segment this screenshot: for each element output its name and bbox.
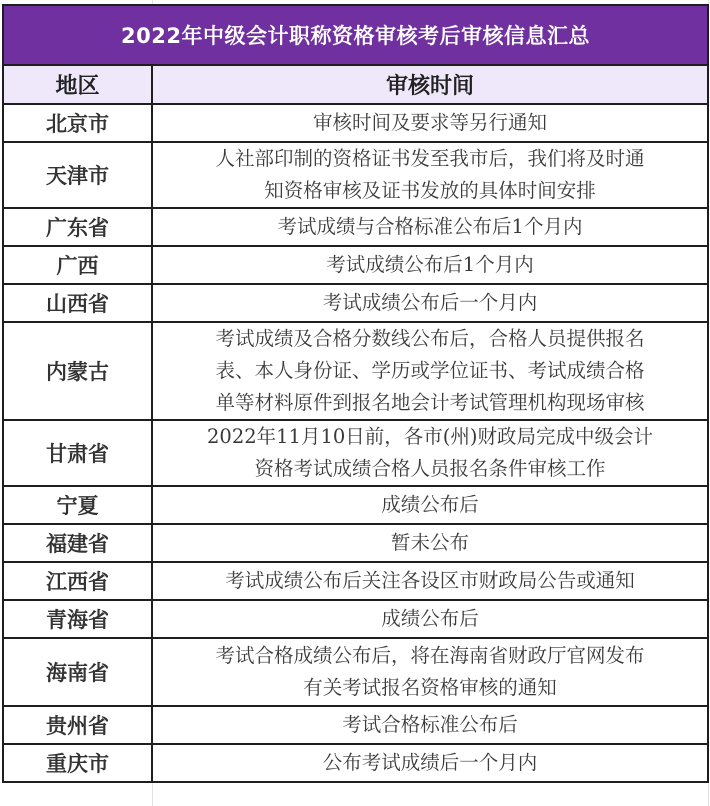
- audit-time-line: 考试成绩与合格标准公布后1个月内: [153, 211, 707, 243]
- audit-time-line: 考试成绩及合格分数线公布后，合格人员提供报名: [153, 323, 707, 355]
- audit-time-cell: 人社部印制的资格证书发至我市后，我们将及时通知资格审核及证书发放的具体时间安排: [152, 142, 708, 208]
- table-row: 青海省成绩公布后: [3, 600, 708, 638]
- table-row: 广西考试成绩公布后1个月内: [3, 246, 708, 284]
- audit-time-line: 考试合格标准公布后: [153, 709, 707, 741]
- table-body: 北京市审核时间及要求等另行通知天津市人社部印制的资格证书发至我市后，我们将及时通…: [3, 104, 708, 782]
- table-title: 2022年中级会计职称资格审核考后审核信息汇总: [3, 5, 708, 65]
- audit-time-line: 考试成绩公布后1个月内: [153, 249, 707, 281]
- region-cell: 江西省: [3, 562, 152, 600]
- audit-info-table: 2022年中级会计职称资格审核考后审核信息汇总 地区 审核时间 北京市审核时间及…: [2, 4, 709, 783]
- region-cell: 广东省: [3, 208, 152, 246]
- audit-time-cell: 考试成绩及合格分数线公布后，合格人员提供报名表、本人身份证、学历或学位证书、考试…: [152, 322, 708, 420]
- audit-time-line: 暂未公布: [153, 527, 707, 559]
- table-row: 甘肃省2022年11月10日前，各市(州)财政局完成中级会计资格考试成绩合格人员…: [3, 420, 708, 486]
- audit-time-line: 资格考试成绩合格人员报名条件审核工作: [153, 453, 707, 485]
- region-cell: 天津市: [3, 142, 152, 208]
- region-cell: 福建省: [3, 524, 152, 562]
- audit-time-line: 有关考试报名资格审核的通知: [153, 672, 707, 704]
- audit-time-cell: 公布考试成绩后一个月内: [152, 744, 708, 782]
- audit-time-line: 考试成绩公布后一个月内: [153, 287, 707, 319]
- audit-time-cell: 成绩公布后: [152, 486, 708, 524]
- table-row: 福建省暂未公布: [3, 524, 708, 562]
- audit-time-line: 公布考试成绩后一个月内: [153, 747, 707, 779]
- region-cell: 重庆市: [3, 744, 152, 782]
- audit-time-line: 人社部印制的资格证书发至我市后，我们将及时通: [153, 143, 707, 175]
- audit-time-line: 2022年11月10日前，各市(州)财政局完成中级会计: [153, 421, 707, 453]
- audit-time-line: 知资格审核及证书发放的具体时间安排: [153, 175, 707, 207]
- region-cell: 内蒙古: [3, 322, 152, 420]
- table-row: 重庆市公布考试成绩后一个月内: [3, 744, 708, 782]
- table-row: 广东省考试成绩与合格标准公布后1个月内: [3, 208, 708, 246]
- audit-time-line: 成绩公布后: [153, 489, 707, 521]
- table-row: 北京市审核时间及要求等另行通知: [3, 104, 708, 142]
- audit-time-cell: 考试成绩公布后1个月内: [152, 246, 708, 284]
- audit-time-line: 审核时间及要求等另行通知: [153, 107, 707, 139]
- table-row: 内蒙古考试成绩及合格分数线公布后，合格人员提供报名表、本人身份证、学历或学位证书…: [3, 322, 708, 420]
- region-cell: 甘肃省: [3, 420, 152, 486]
- audit-time-line: 考试成绩公布后关注各设区市财政局公告或通知: [153, 565, 707, 597]
- table-row: 江西省考试成绩公布后关注各设区市财政局公告或通知: [3, 562, 708, 600]
- region-cell: 广西: [3, 246, 152, 284]
- table-row: 海南省考试合格成绩公布后，将在海南省财政厅官网发布有关考试报名资格审核的通知: [3, 638, 708, 706]
- region-cell: 贵州省: [3, 706, 152, 744]
- table-row: 天津市人社部印制的资格证书发至我市后，我们将及时通知资格审核及证书发放的具体时间…: [3, 142, 708, 208]
- audit-time-cell: 暂未公布: [152, 524, 708, 562]
- column-header-region: 地区: [3, 65, 152, 104]
- audit-time-cell: 考试合格成绩公布后，将在海南省财政厅官网发布有关考试报名资格审核的通知: [152, 638, 708, 706]
- table-row: 贵州省考试合格标准公布后: [3, 706, 708, 744]
- audit-time-cell: 审核时间及要求等另行通知: [152, 104, 708, 142]
- audit-time-cell: 2022年11月10日前，各市(州)财政局完成中级会计资格考试成绩合格人员报名条…: [152, 420, 708, 486]
- audit-time-cell: 考试成绩公布后关注各设区市财政局公告或通知: [152, 562, 708, 600]
- audit-time-cell: 考试合格标准公布后: [152, 706, 708, 744]
- audit-time-line: 表、本人身份证、学历或学位证书、考试成绩合格: [153, 355, 707, 387]
- region-cell: 山西省: [3, 284, 152, 322]
- audit-time-cell: 成绩公布后: [152, 600, 708, 638]
- audit-time-line: 成绩公布后: [153, 603, 707, 635]
- audit-time-cell: 考试成绩与合格标准公布后1个月内: [152, 208, 708, 246]
- region-cell: 海南省: [3, 638, 152, 706]
- region-cell: 北京市: [3, 104, 152, 142]
- audit-time-line: 单等材料原件到报名地会计考试管理机构现场审核: [153, 387, 707, 419]
- region-cell: 青海省: [3, 600, 152, 638]
- table-row: 宁夏成绩公布后: [3, 486, 708, 524]
- table-row: 山西省考试成绩公布后一个月内: [3, 284, 708, 322]
- region-cell: 宁夏: [3, 486, 152, 524]
- audit-time-line: 考试合格成绩公布后，将在海南省财政厅官网发布: [153, 640, 707, 672]
- audit-time-cell: 考试成绩公布后一个月内: [152, 284, 708, 322]
- column-header-time: 审核时间: [152, 65, 708, 104]
